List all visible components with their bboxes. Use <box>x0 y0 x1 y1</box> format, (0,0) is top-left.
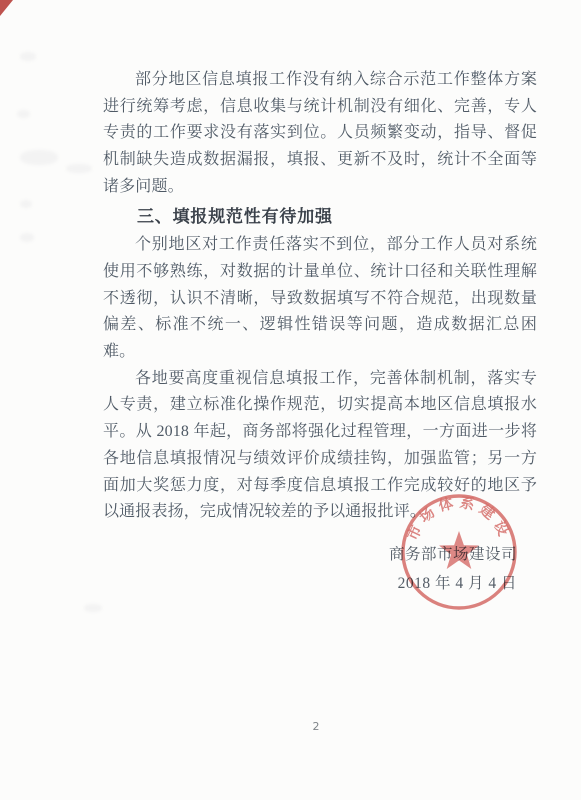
seal-star-icon <box>439 531 479 569</box>
paragraph-2: 个别地区对工作责任落实不到位，部分工作人员对系统使用不够熟练，对数据的计量单位、… <box>103 232 537 366</box>
scan-smudge <box>20 233 34 242</box>
scan-smudge <box>20 150 58 165</box>
corner-red-mark <box>0 0 13 16</box>
page-number: 2 <box>306 720 326 733</box>
paragraph-1: 部分地区信息填报工作没有纳入综合示范工作整体方案进行统筹考虑，信息收集与统计机制… <box>103 67 537 201</box>
scan-smudge <box>17 110 30 118</box>
document-body: 部分地区信息填报工作没有纳入综合示范工作整体方案进行统筹考虑，信息收集与统计机制… <box>103 67 537 526</box>
scan-smudge <box>20 200 32 208</box>
scan-smudge <box>84 604 102 612</box>
official-seal: 市场体系建设 <box>396 489 522 615</box>
section-heading: 三、填报规范性有待加强 <box>103 204 537 231</box>
scan-smudge <box>20 52 36 61</box>
scan-smudge <box>66 164 92 173</box>
